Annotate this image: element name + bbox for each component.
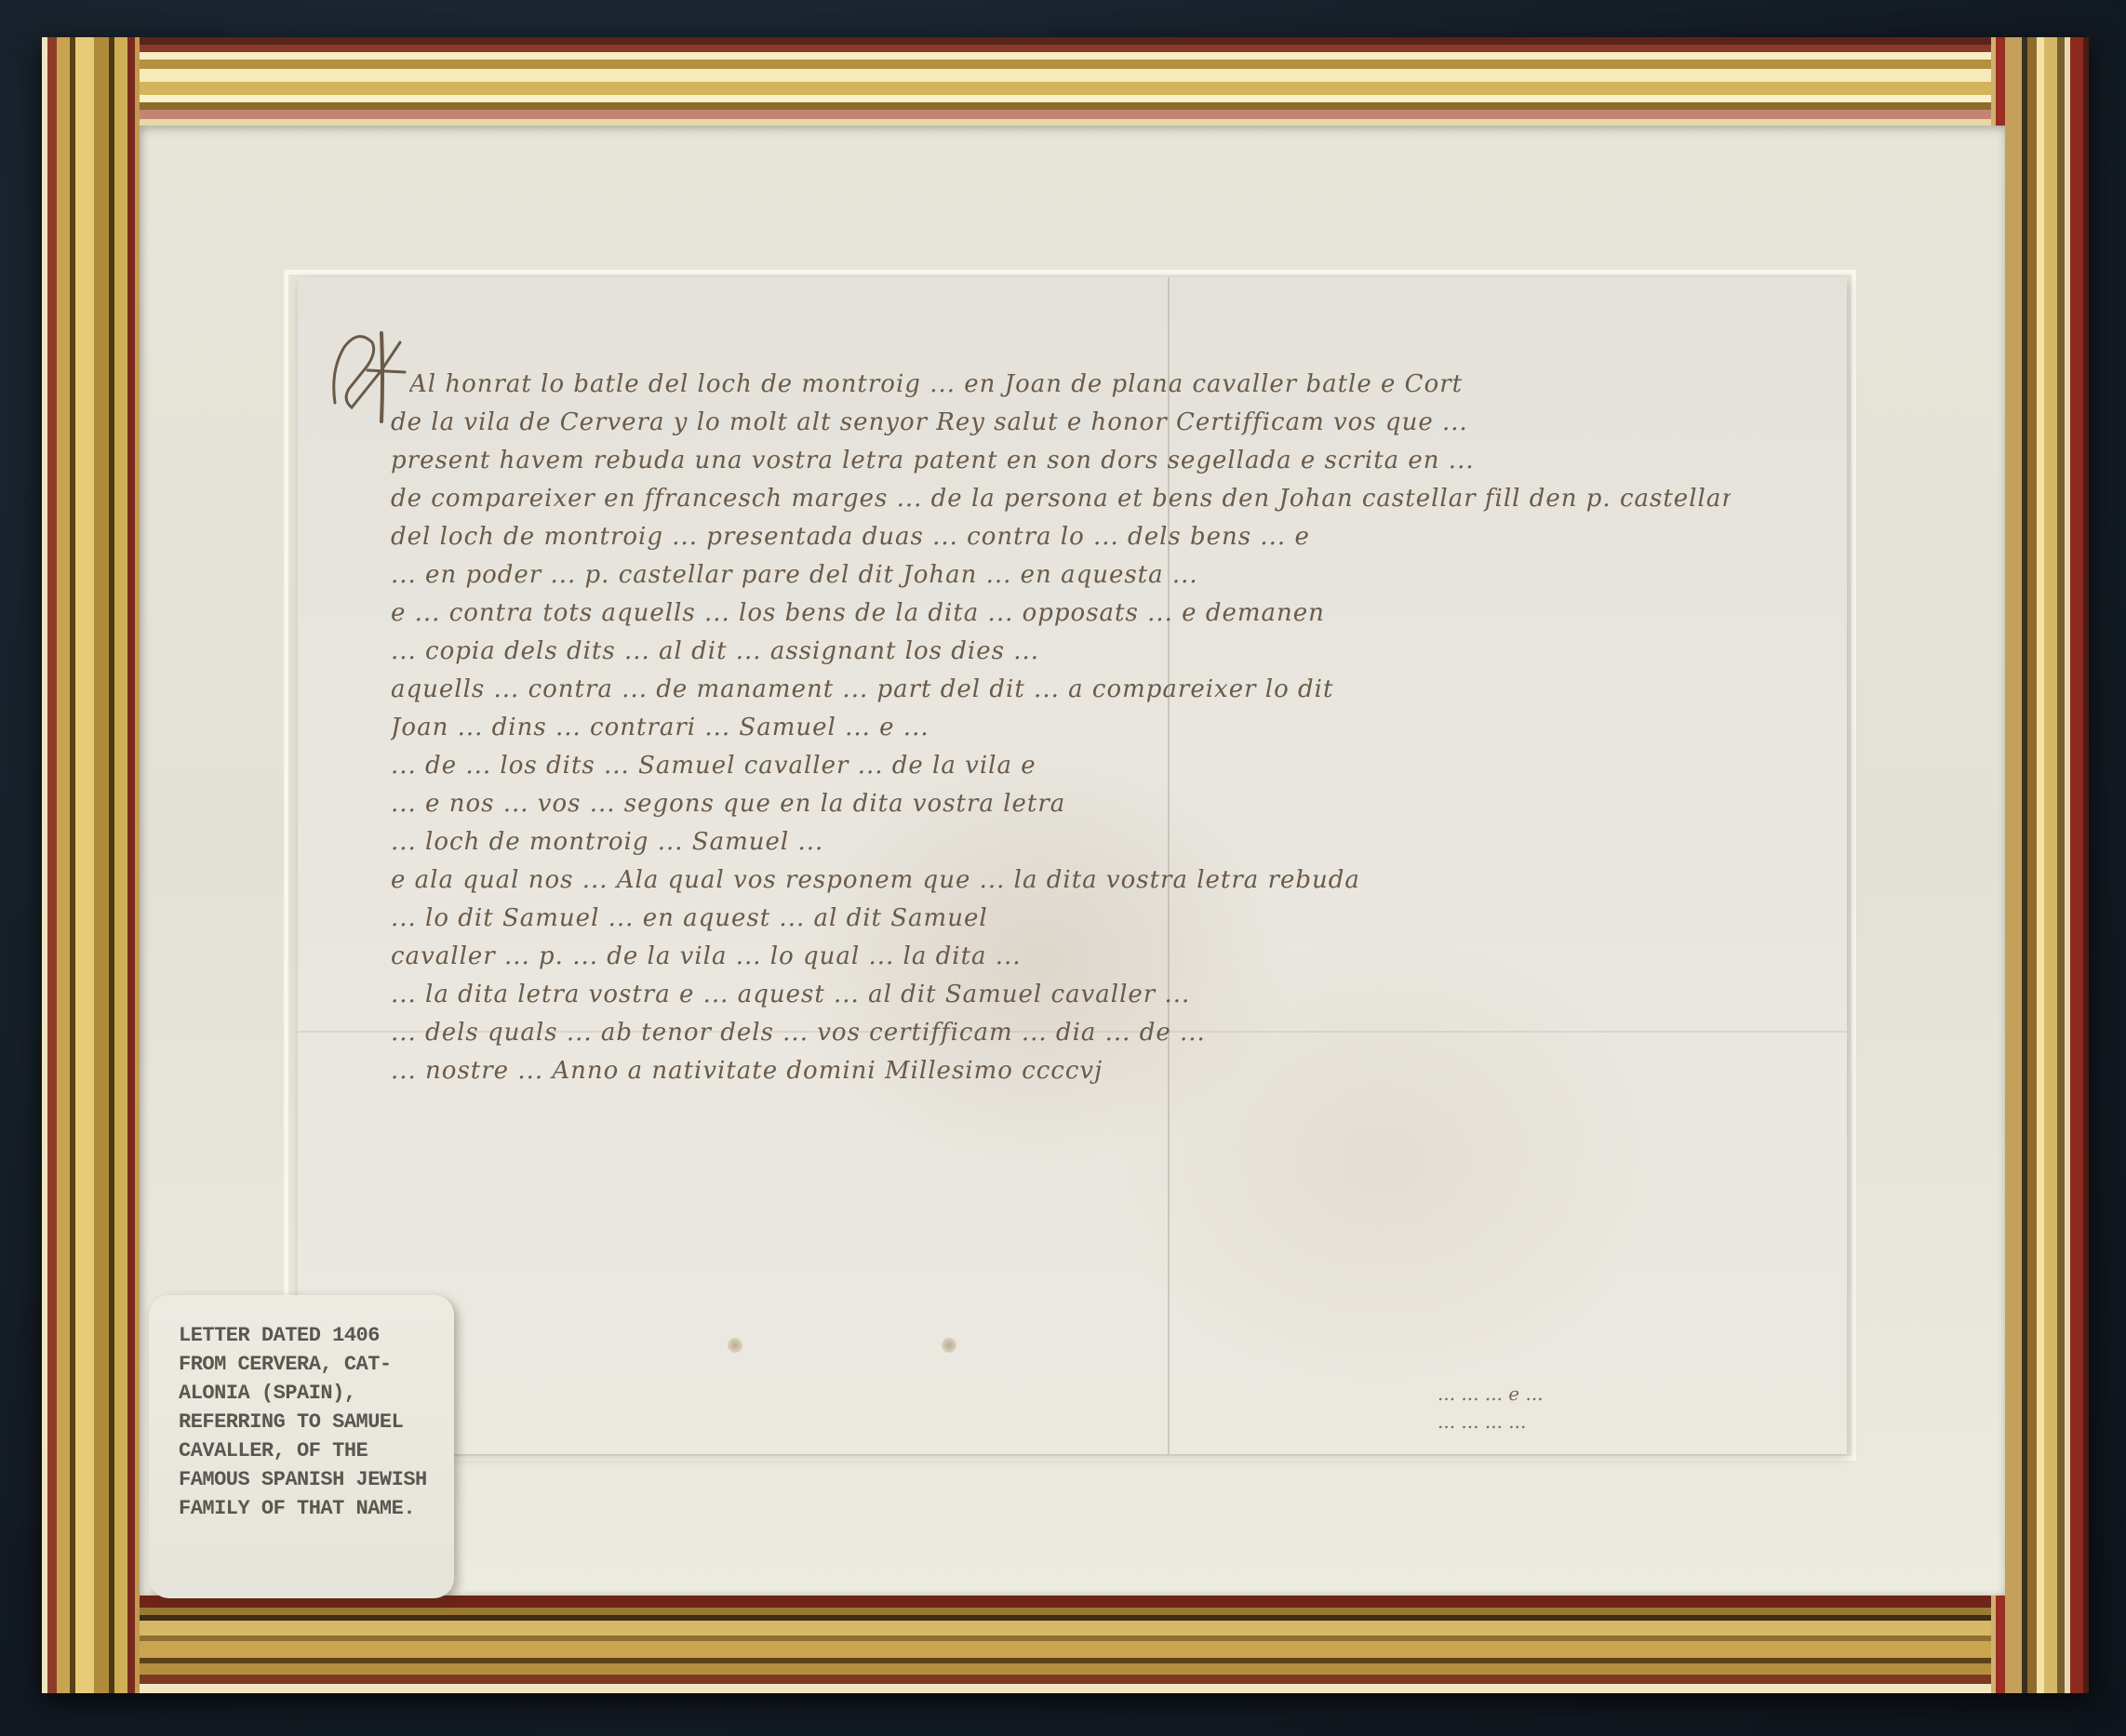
label-line: FROM CERVERA, CAT- bbox=[179, 1350, 454, 1379]
manuscript-line: ... de ... los dits ... Samuel cavaller … bbox=[391, 752, 1731, 780]
punch-hole bbox=[728, 1338, 742, 1353]
manuscript-line: ... copia dels dits ... al dit ... assig… bbox=[391, 637, 1721, 665]
manuscript-line: aquells ... contra ... de manament ... p… bbox=[391, 675, 1731, 703]
manuscript-line: ... lo dit Samuel ... en aquest ... al d… bbox=[391, 904, 1731, 932]
manuscript-line: Al honrat lo batle del loch de montroig … bbox=[409, 370, 1731, 398]
label-line: FAMILY OF THAT NAME. bbox=[179, 1494, 454, 1523]
manuscript-line: de compareixer en ffrancesch marges ... … bbox=[391, 485, 1731, 513]
notation-line: ... ... ... ... bbox=[1437, 1408, 1810, 1436]
notation-line: ... ... ... e ... bbox=[1437, 1380, 1810, 1408]
typed-label-card: LETTER DATED 1406 FROM CERVERA, CAT- ALO… bbox=[149, 1295, 454, 1598]
manuscript-line: Joan ... dins ... contrari ... Samuel ..… bbox=[391, 714, 1731, 741]
manuscript-line: del loch de montroig ... presentada duas… bbox=[391, 523, 1731, 551]
frame-top-rail bbox=[42, 37, 2089, 128]
punch-hole bbox=[942, 1338, 956, 1353]
manuscript-line: de la vila de Cervera y lo molt alt seny… bbox=[391, 408, 1721, 436]
manuscript-line: present havem rebuda una vostra letra pa… bbox=[391, 447, 1721, 474]
frame-left-rail bbox=[42, 37, 140, 1693]
label-line: REFERRING TO SAMUEL bbox=[179, 1408, 454, 1436]
manuscript-line: ... la dita letra vostra e ... aquest ..… bbox=[391, 981, 1740, 1008]
label-line: LETTER DATED 1406 bbox=[179, 1321, 454, 1350]
manuscript-date-line: ... nostre ... Anno a nativitate domini … bbox=[391, 1057, 1247, 1085]
manuscript-line: cavaller ... p. ... de la vila ... lo qu… bbox=[391, 942, 1731, 970]
manuscript-line: e ala qual nos ... Ala qual vos responem… bbox=[391, 866, 1731, 894]
manuscript-letter: Al honrat lo batle del loch de montroig … bbox=[298, 277, 1847, 1454]
frame-bottom-rail bbox=[42, 1596, 2089, 1693]
manuscript-line: e ... contra tots aquells ... los bens d… bbox=[391, 599, 1731, 627]
manuscript-line: ... e nos ... vos ... segons que en la d… bbox=[391, 790, 1731, 818]
frame-right-rail bbox=[1991, 37, 2089, 1693]
label-line: CAVALLER, OF THE bbox=[179, 1436, 454, 1465]
label-line: FAMOUS SPANISH JEWISH bbox=[179, 1465, 454, 1494]
marginal-notation: ... ... ... e ... ... ... ... ... bbox=[1437, 1380, 1810, 1436]
label-line: ALONIA (SPAIN), bbox=[179, 1379, 454, 1408]
manuscript-line: ... loch de montroig ... Samuel ... bbox=[391, 828, 1731, 856]
manuscript-line: ... dels quals ... ab tenor dels ... vos… bbox=[391, 1019, 1731, 1047]
manuscript-line: ... en poder ... p. castellar pare del d… bbox=[391, 561, 1731, 589]
